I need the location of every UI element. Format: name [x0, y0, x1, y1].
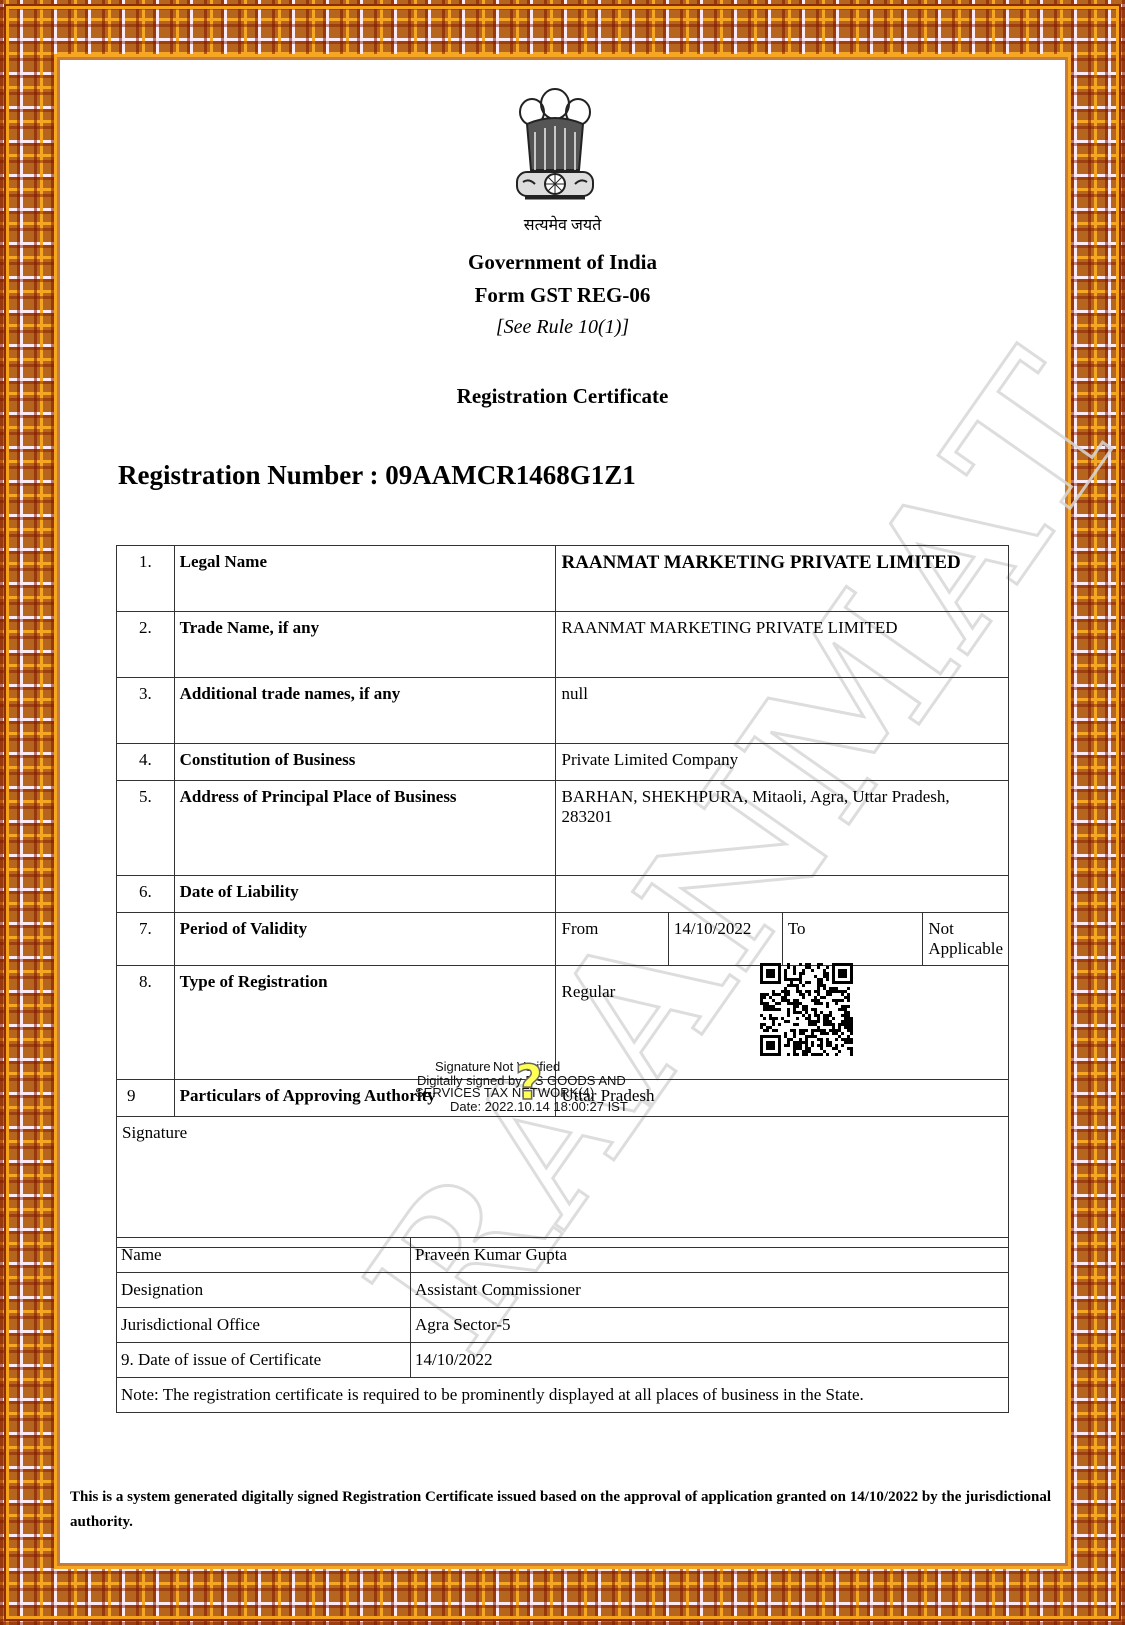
- row-number: 2.: [117, 612, 175, 678]
- address-value: BARHAN, SHEKHPURA, Mitaoli, Agra, Uttar …: [556, 781, 1009, 876]
- row-number: 1.: [117, 546, 175, 612]
- table-row: 7. Period of Validity From 14/10/2022 To…: [117, 913, 1009, 966]
- registration-number: Registration Number : 09AAMCR1468G1Z1: [118, 460, 636, 491]
- table-row: Designation Assistant Commissioner: [117, 1273, 1009, 1308]
- row-label: Additional trade names, if any: [174, 678, 556, 744]
- national-motto: सत्यमेव जयते: [0, 213, 1125, 235]
- authority-table: Name Praveen Kumar Gupta Designation Ass…: [116, 1237, 1009, 1413]
- display-note: Note: The registration certificate is re…: [117, 1378, 1009, 1413]
- footer-disclaimer: This is a system generated digitally sig…: [70, 1485, 1060, 1535]
- row-label: Address of Principal Place of Business: [174, 781, 556, 876]
- row-label: Trade Name, if any: [174, 612, 556, 678]
- row-number: 5.: [117, 781, 175, 876]
- legal-name-value: RAANMAT MARKETING PRIVATE LIMITED: [556, 546, 1009, 612]
- authority-key: 9. Date of issue of Certificate: [117, 1343, 411, 1378]
- constitution-value: Private Limited Company: [556, 744, 1009, 781]
- table-row: 9. Date of issue of Certificate 14/10/20…: [117, 1343, 1009, 1378]
- row-number: 3.: [117, 678, 175, 744]
- row-number: 9: [117, 1080, 175, 1117]
- validity-from-value: 14/10/2022: [668, 913, 782, 966]
- authority-value: 14/10/2022: [411, 1343, 1009, 1378]
- row-number: 7.: [117, 913, 175, 966]
- validity-to-value: Not Applicable: [923, 913, 1009, 966]
- national-emblem-icon: [505, 82, 605, 212]
- validity-to-label: To: [782, 913, 923, 966]
- authority-key: Jurisdictional Office: [117, 1308, 411, 1343]
- table-row: 4. Constitution of Business Private Limi…: [117, 744, 1009, 781]
- table-row: 2. Trade Name, if any RAANMAT MARKETING …: [117, 612, 1009, 678]
- registration-number-label: Registration Number :: [118, 460, 378, 490]
- rule-reference: [See Rule 10(1)]: [0, 316, 1125, 339]
- table-row: Jurisdictional Office Agra Sector-5: [117, 1308, 1009, 1343]
- authority-value: Praveen Kumar Gupta: [411, 1238, 1009, 1273]
- authority-key: Name: [117, 1238, 411, 1273]
- unverified-question-icon: ?: [515, 1055, 543, 1111]
- row-label: Date of Liability: [174, 876, 556, 913]
- trade-name-value: RAANMAT MARKETING PRIVATE LIMITED: [556, 612, 1009, 678]
- authority-value: Agra Sector-5: [411, 1308, 1009, 1343]
- details-table: 1. Legal Name RAANMAT MARKETING PRIVATE …: [116, 545, 1009, 1248]
- table-row: Note: The registration certificate is re…: [117, 1378, 1009, 1413]
- authority-key: Designation: [117, 1273, 411, 1308]
- additional-trade-names-value: null: [556, 678, 1009, 744]
- date-of-liability-value: [556, 876, 1009, 913]
- row-number: 6.: [117, 876, 175, 913]
- table-row: 5. Address of Principal Place of Busines…: [117, 781, 1009, 876]
- table-row: 8. Type of Registration Regular: [117, 966, 1009, 1080]
- table-row: 3. Additional trade names, if any null: [117, 678, 1009, 744]
- digital-signature-title: Signature: [435, 1060, 491, 1073]
- government-heading: Government of India: [0, 250, 1125, 275]
- row-number: 8.: [117, 966, 175, 1080]
- table-row: 6. Date of Liability: [117, 876, 1009, 913]
- form-heading: Form GST REG-06: [0, 283, 1125, 308]
- signature-row: Signature: [117, 1117, 1009, 1248]
- signature-label: Signature: [122, 1123, 187, 1142]
- row-label: Constitution of Business: [174, 744, 556, 781]
- registration-number-value: 09AAMCR1468G1Z1: [385, 460, 636, 490]
- table-row: Name Praveen Kumar Gupta: [117, 1238, 1009, 1273]
- row-number: 4.: [117, 744, 175, 781]
- authority-value: Assistant Commissioner: [411, 1273, 1009, 1308]
- digital-signature-org: SERVICES TAX NETWORK(4): [415, 1086, 594, 1099]
- row-label: Legal Name: [174, 546, 556, 612]
- validity-from-label: From: [556, 913, 668, 966]
- signature-cell: Signature: [117, 1117, 1009, 1248]
- certificate-title: Registration Certificate: [0, 384, 1125, 409]
- qr-code: [760, 963, 853, 1056]
- table-row: 1. Legal Name RAANMAT MARKETING PRIVATE …: [117, 546, 1009, 612]
- row-label: Period of Validity: [174, 913, 556, 966]
